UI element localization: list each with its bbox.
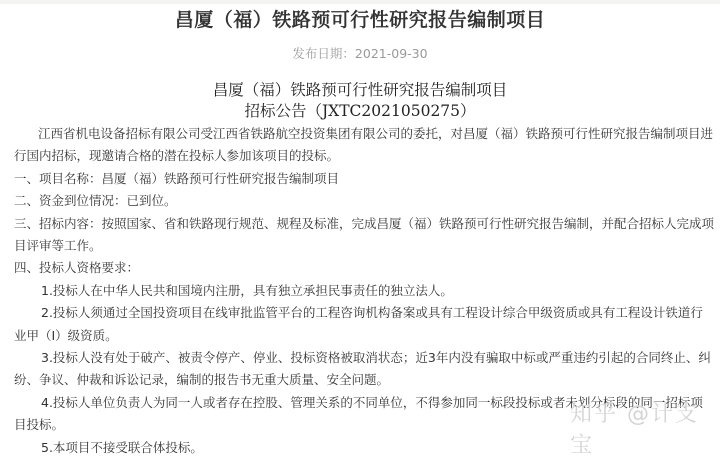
notice-body: 江西省机电设备招标有限公司受江西省铁路航空投资集团有限公司的委托，对昌厦（福）铁… xyxy=(14,123,714,442)
page-title: 昌厦（福）铁路预可行性研究报告编制项目 xyxy=(0,6,720,34)
requirement-item: 2.投标人须通过全国投资项目在线审批监管平台的工程咨询机构备案或具有工程设计综合… xyxy=(14,302,714,347)
section-scope: 三、招标内容：按照国家、省和铁路现行规范、规程及标准，完成昌厦（福）铁路预可行性… xyxy=(14,213,714,258)
zhihu-watermark: 知乎 @计支宝 xyxy=(570,397,720,442)
section-project-name: 一、项目名称：昌厦（福）铁路预可行性研究报告编制项目 xyxy=(14,168,714,190)
publish-date: 发布日期：2021-09-30 xyxy=(0,45,720,63)
requirement-item: 1.投标人在中华人民共和国境内注册，具有独立承担民事责任的独立法人。 xyxy=(14,280,714,302)
section-funding: 二、资金到位情况：已到位。 xyxy=(14,190,714,212)
notice-heading-tender: 招标公告（JXTC2021050275） xyxy=(0,100,720,122)
notice-heading-project: 昌厦（福）铁路预可行性研究报告编制项目 xyxy=(0,79,720,101)
section-qualifications: 四、投标人资格要求： xyxy=(14,257,714,279)
intro-paragraph: 江西省机电设备招标有限公司受江西省铁路航空投资集团有限公司的委托，对昌厦（福）铁… xyxy=(14,123,714,168)
top-band xyxy=(0,0,720,4)
requirement-item: 3.投标人没有处于破产、被责令停产、停业、投标资格被取消状态；近3年内没有骗取中… xyxy=(14,347,714,392)
